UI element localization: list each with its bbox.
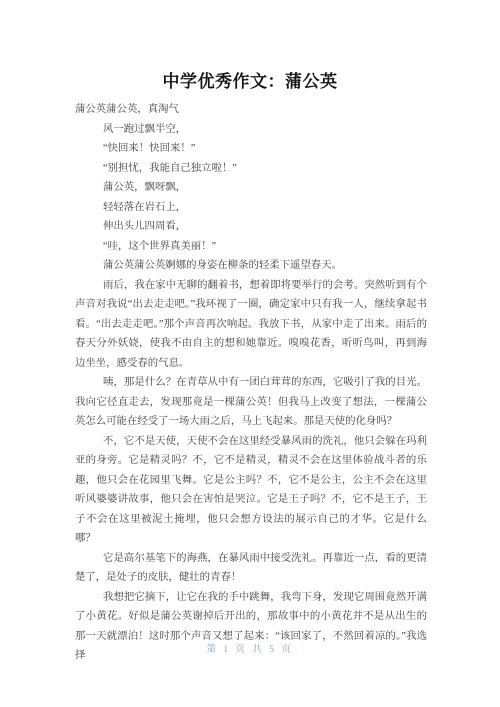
paragraph: “快回来！快回来！” [75, 139, 427, 159]
paragraph: 雨后，我在家中无聊的翻着书，想着即将要举行的会考。突然听到有个声音对我说“出去走… [75, 276, 427, 374]
page-footer: 第 1 页 共 5 页 [0, 644, 500, 657]
essay-body: 蒲公英蒲公英，真淘气风一跑过飘半空，“快回来！快回来！”“别担忧，我能自己独立啦… [75, 100, 427, 666]
paragraph: 伸出头儿四周看， [75, 217, 427, 237]
document-page: 中学优秀作文：蒲公英 蒲公英蒲公英，真淘气风一跑过飘半空，“快回来！快回来！”“… [0, 0, 500, 707]
paragraph: 不，它不是天使，天使不会在这里经受暴风雨的洗礼，他只会躲在玛利亚的身旁。它是精灵… [75, 432, 427, 549]
paragraph: 咦，那是什么？在青草从中有一团白茸茸的东西，它吸引了我的目光。我向它径直走去，发… [75, 373, 427, 432]
page-title: 中学优秀作文：蒲公英 [0, 0, 500, 94]
paragraph: “别担忧，我能自己独立啦！” [75, 159, 427, 179]
paragraph: 轻轻落在岩石上， [75, 198, 427, 218]
paragraph: “哇，这个世界真美丽！” [75, 237, 427, 257]
paragraph: 蒲公英，飘呀飘， [75, 178, 427, 198]
paragraph: 蒲公英蒲公英，真淘气 [75, 100, 427, 120]
page-number-text: 第 1 页 共 5 页 [207, 645, 294, 655]
paragraph: 风一跑过飘半空， [75, 120, 427, 140]
paragraph: 蒲公英蒲公英婀娜的身姿在柳条的轻柔下遥望春天。 [75, 256, 427, 276]
paragraph: 它是高尔基笔下的海燕，在暴风雨中接受洗礼。再靠近一点，看的更清楚了，是处子的皮肤… [75, 549, 427, 588]
